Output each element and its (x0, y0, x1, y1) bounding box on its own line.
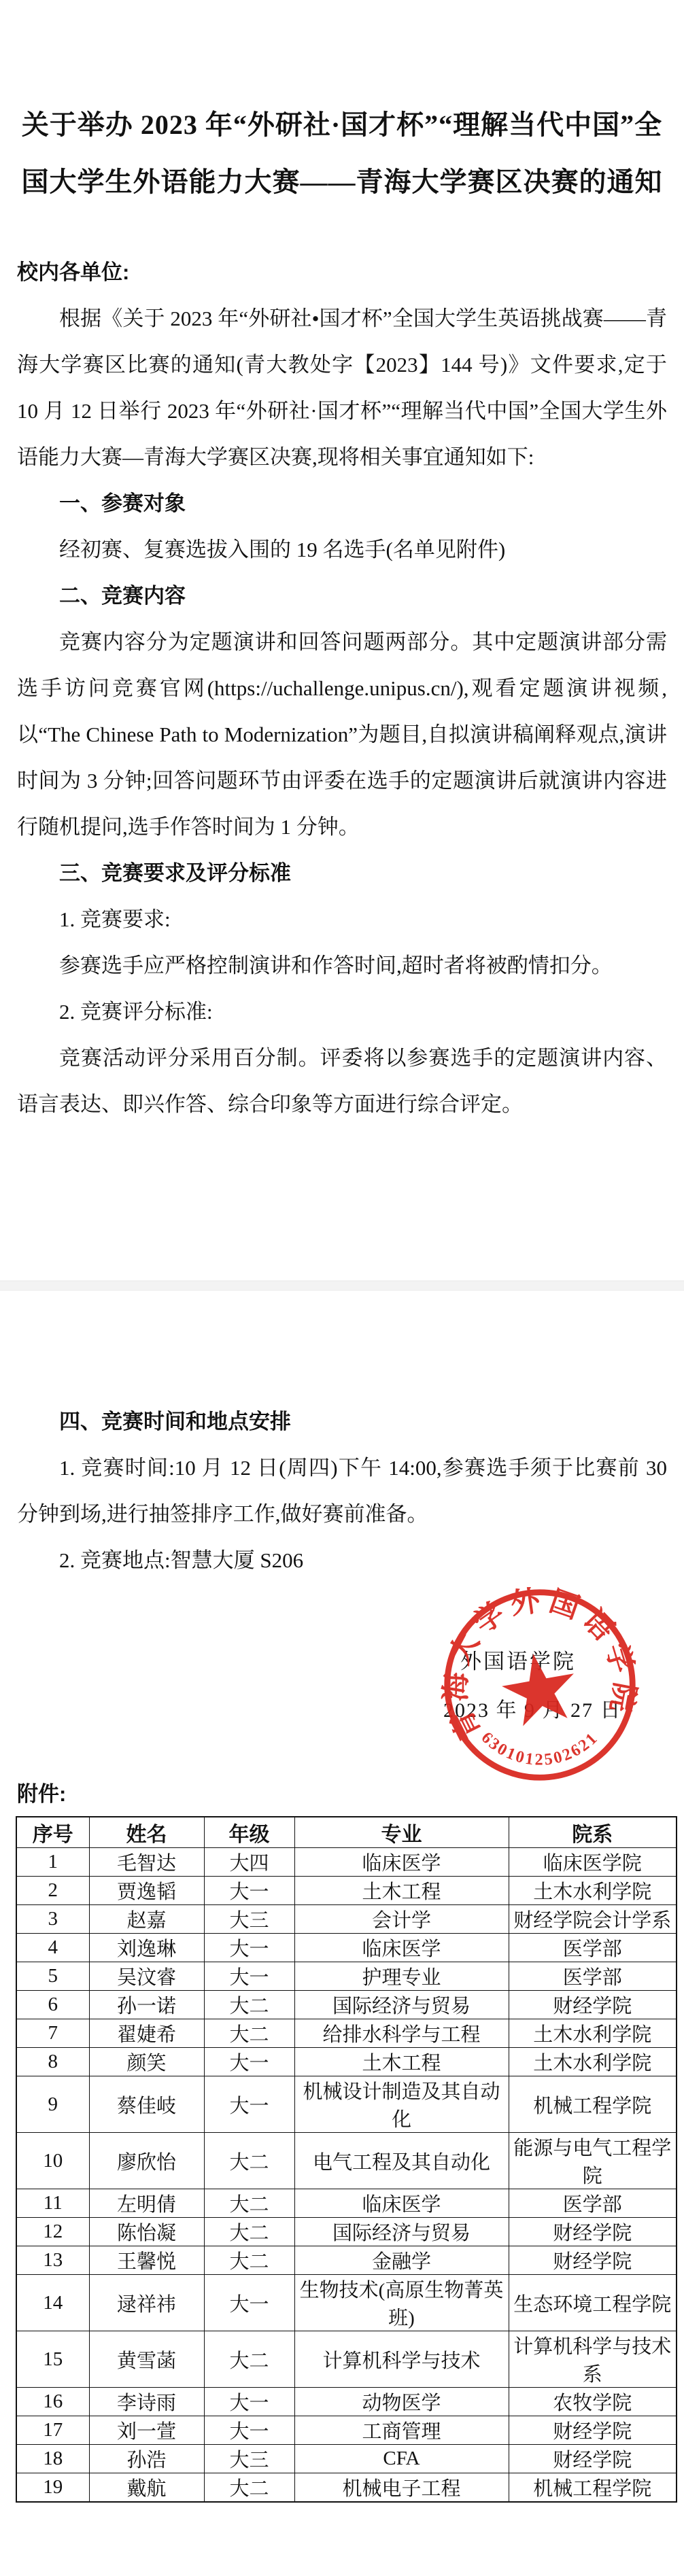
table-cell: 工商管理 (294, 2416, 509, 2445)
table-row: 17刘一萱大一工商管理财经学院 (16, 2416, 677, 2445)
table-cell: 大二 (204, 2246, 294, 2275)
header-major: 专业 (294, 1817, 509, 1848)
section1-paragraph: 经初赛、复赛选拔入围的 19 名选手(名单见附件) (17, 527, 667, 573)
document-title: 关于举办 2023 年“外研社·国才杯”“理解当代中国”全 国大学生外语能力大赛… (17, 97, 667, 211)
table-cell: 医学部 (509, 1934, 677, 1962)
table-cell: 土木工程 (294, 1877, 509, 1905)
table-cell: 大三 (204, 2445, 294, 2473)
table-cell: 临床医学 (294, 1934, 509, 1962)
salutation: 校内各单位: (17, 249, 667, 296)
table-row: 14逯祥祎大一生物技术(高原生物菁英班)生态环境工程学院 (16, 2275, 677, 2331)
table-cell: 左明倩 (89, 2189, 204, 2218)
table-cell: 生态环境工程学院 (509, 2275, 677, 2331)
table-cell: 大二 (204, 2189, 294, 2218)
table-cell: 医学部 (509, 2189, 677, 2218)
table-cell: 机械工程学院 (509, 2076, 677, 2133)
table-cell: 李诗雨 (89, 2388, 204, 2416)
table-cell: 土木水利学院 (509, 2019, 677, 2048)
seal-code: 6301012502621 (478, 1728, 602, 1769)
notice-page-1: 关于举办 2023 年“外研社·国才杯”“理解当代中国”全 国大学生外语能力大赛… (0, 0, 684, 1281)
table-cell: 能源与电气工程学院 (509, 2133, 677, 2189)
section3-heading: 三、竞赛要求及评分标准 (17, 850, 667, 897)
table-row: 4刘逸琳大一临床医学医学部 (16, 1934, 677, 1962)
table-row: 19戴航大二机械电子工程机械工程学院 (16, 2473, 677, 2503)
header-grade: 年级 (204, 1817, 294, 1848)
table-cell: 吴汶睿 (89, 1962, 204, 1991)
table-cell: 王馨悦 (89, 2246, 204, 2275)
table-cell: 9 (16, 2076, 89, 2133)
table-cell: 机械电子工程 (294, 2473, 509, 2503)
table-cell: 大一 (204, 2076, 294, 2133)
section1-heading: 一、参赛对象 (17, 481, 667, 527)
table-row: 13王馨悦大二金融学财经学院 (16, 2246, 677, 2275)
table-cell: 13 (16, 2246, 89, 2275)
table-cell: 金融学 (294, 2246, 509, 2275)
table-row: 5吴汶睿大一护理专业医学部 (16, 1962, 677, 1991)
table-cell: 财经学院 (509, 2218, 677, 2246)
table-cell: 刘一萱 (89, 2416, 204, 2445)
table-cell: 孙浩 (89, 2445, 204, 2473)
table-cell: 大二 (204, 2473, 294, 2503)
table-cell: CFA (294, 2445, 509, 2473)
roster-table-body: 1毛智达大四临床医学临床医学院2贾逸韬大一土木工程土木水利学院3赵嘉大三会计学财… (16, 1848, 677, 2503)
table-cell: 大二 (204, 2133, 294, 2189)
table-cell: 会计学 (294, 1905, 509, 1934)
table-row: 15黄雪菡大二计算机科学与技术计算机科学与技术系 (16, 2331, 677, 2388)
seal-star-icon (497, 1648, 581, 1728)
table-cell: 临床医学 (294, 2189, 509, 2218)
table-row: 2贾逸韬大一土木工程土木水利学院 (16, 1877, 677, 1905)
section3-paragraph2: 竞赛活动评分采用百分制。评委将以参赛选手的定题演讲内容、语言表达、即兴作答、综合… (17, 1035, 667, 1128)
table-cell: 16 (16, 2388, 89, 2416)
svg-text:6301012502621: 6301012502621 (478, 1728, 602, 1769)
table-cell: 电气工程及其自动化 (294, 2133, 509, 2189)
table-cell: 大四 (204, 1848, 294, 1877)
table-cell: 护理专业 (294, 1962, 509, 1991)
table-cell: 大一 (204, 2416, 294, 2445)
table-cell: 医学部 (509, 1962, 677, 1991)
table-cell: 2 (16, 1877, 89, 1905)
table-cell: 黄雪菡 (89, 2331, 204, 2388)
table-cell: 逯祥祎 (89, 2275, 204, 2331)
table-cell: 毛智达 (89, 1848, 204, 1877)
notice-page-2: 四、竞赛时间和地点安排 1. 竞赛时间:10 月 12 日(周四)下午 14:0… (0, 1291, 684, 2576)
table-cell: 财经学院 (509, 2246, 677, 2275)
intro-paragraph: 根据《关于 2023 年“外研社•国才杯”全国大学生英语挑战赛——青海大学赛区比… (17, 296, 667, 481)
table-cell: 3 (16, 1905, 89, 1934)
table-cell: 财经学院 (509, 1991, 677, 2019)
table-cell: 6 (16, 1991, 89, 2019)
table-cell: 颜笑 (89, 2048, 204, 2076)
table-cell: 蔡佳岐 (89, 2076, 204, 2133)
document-title-line1: 关于举办 2023 年“外研社·国才杯”“理解当代中国”全 (17, 97, 667, 154)
table-cell: 土木工程 (294, 2048, 509, 2076)
table-row: 7翟婕希大二给排水科学与工程土木水利学院 (16, 2019, 677, 2048)
table-row: 1毛智达大四临床医学临床医学院 (16, 1848, 677, 1877)
table-cell: 大一 (204, 2275, 294, 2331)
section4-item1: 1. 竞赛时间:10 月 12 日(周四)下午 14:00,参赛选手须于比赛前 … (17, 1445, 667, 1537)
table-cell: 廖欣怡 (89, 2133, 204, 2189)
section4-item2: 2. 竞赛地点:智慧大厦 S206 (17, 1537, 667, 1584)
table-row: 10廖欣怡大二电气工程及其自动化能源与电气工程学院 (16, 2133, 677, 2189)
table-cell: 8 (16, 2048, 89, 2076)
table-row: 12陈怡凝大二国际经济与贸易财经学院 (16, 2218, 677, 2246)
table-row: 9蔡佳岐大一机械设计制造及其自动化机械工程学院 (16, 2076, 677, 2133)
table-cell: 大二 (204, 1991, 294, 2019)
table-cell: 大一 (204, 1877, 294, 1905)
table-row: 3赵嘉大三会计学财经学院会计学系 (16, 1905, 677, 1934)
table-row: 18孙浩大三CFA财经学院 (16, 2445, 677, 2473)
table-cell: 大一 (204, 1934, 294, 1962)
table-cell: 给排水科学与工程 (294, 2019, 509, 2048)
table-row: 6孙一诺大二国际经济与贸易财经学院 (16, 1991, 677, 2019)
section2-paragraph: 竞赛内容分为定题演讲和回答问题两部分。其中定题演讲部分需选手访问竞赛官网(htt… (17, 619, 667, 850)
table-cell: 12 (16, 2218, 89, 2246)
section2-heading: 二、竞赛内容 (17, 573, 667, 619)
table-cell: 机械工程学院 (509, 2473, 677, 2503)
table-cell: 土木水利学院 (509, 1877, 677, 1905)
table-cell: 动物医学 (294, 2388, 509, 2416)
table-cell: 4 (16, 1934, 89, 1962)
roster-table: 序号 姓名 年级 专业 院系 1毛智达大四临床医学临床医学院2贾逸韬大一土木工程… (16, 1816, 677, 2503)
table-row: 8颜笑大一土木工程土木水利学院 (16, 2048, 677, 2076)
table-row: 16李诗雨大一动物医学农牧学院 (16, 2388, 677, 2416)
table-cell: 贾逸韬 (89, 1877, 204, 1905)
attachment-label: 附件: (17, 1777, 66, 1807)
header-name: 姓名 (89, 1817, 204, 1848)
table-cell: 18 (16, 2445, 89, 2473)
table-cell: 14 (16, 2275, 89, 2331)
table-cell: 农牧学院 (509, 2388, 677, 2416)
table-cell: 翟婕希 (89, 2019, 204, 2048)
table-cell: 机械设计制造及其自动化 (294, 2076, 509, 2133)
document-title-line2: 国大学生外语能力大赛——青海大学赛区决赛的通知 (17, 154, 667, 211)
table-cell: 计算机科学与技术 (294, 2331, 509, 2388)
table-cell: 大二 (204, 2218, 294, 2246)
table-cell: 10 (16, 2133, 89, 2189)
section3-paragraph1: 参赛选手应严格控制演讲和作答时间,超时者将被酌情扣分。 (17, 943, 667, 989)
table-cell: 计算机科学与技术系 (509, 2331, 677, 2388)
table-cell: 土木水利学院 (509, 2048, 677, 2076)
table-cell: 5 (16, 1962, 89, 1991)
table-cell: 生物技术(高原生物菁英班) (294, 2275, 509, 2331)
table-cell: 1 (16, 1848, 89, 1877)
table-header-row: 序号 姓名 年级 专业 院系 (16, 1817, 677, 1848)
table-cell: 国际经济与贸易 (294, 2218, 509, 2246)
table-row: 11左明倩大二临床医学医学部 (16, 2189, 677, 2218)
table-cell: 19 (16, 2473, 89, 2503)
table-cell: 大一 (204, 1962, 294, 1991)
section4-heading: 四、竞赛时间和地点安排 (17, 1399, 667, 1445)
table-cell: 临床医学 (294, 1848, 509, 1877)
section3-item2: 2. 竞赛评分标准: (17, 989, 667, 1035)
header-dept: 院系 (509, 1817, 677, 1848)
table-cell: 大一 (204, 2048, 294, 2076)
table-cell: 刘逸琳 (89, 1934, 204, 1962)
table-cell: 戴航 (89, 2473, 204, 2503)
table-cell: 财经学院 (509, 2416, 677, 2445)
table-cell: 大一 (204, 2388, 294, 2416)
table-cell: 国际经济与贸易 (294, 1991, 509, 2019)
header-no: 序号 (16, 1817, 89, 1848)
table-cell: 大二 (204, 2019, 294, 2048)
official-seal: 青海大学外国语学院 6301012502621 (439, 1586, 641, 1784)
table-cell: 17 (16, 2416, 89, 2445)
table-cell: 15 (16, 2331, 89, 2388)
page-divider (0, 1281, 684, 1291)
table-cell: 财经学院会计学系 (509, 1905, 677, 1934)
table-cell: 孙一诺 (89, 1991, 204, 2019)
table-cell: 大二 (204, 2331, 294, 2388)
table-cell: 陈怡凝 (89, 2218, 204, 2246)
table-cell: 临床医学院 (509, 1848, 677, 1877)
section3-item1: 1. 竞赛要求: (17, 897, 667, 943)
table-cell: 11 (16, 2189, 89, 2218)
table-cell: 财经学院 (509, 2445, 677, 2473)
table-cell: 赵嘉 (89, 1905, 204, 1934)
table-cell: 大三 (204, 1905, 294, 1934)
table-cell: 7 (16, 2019, 89, 2048)
